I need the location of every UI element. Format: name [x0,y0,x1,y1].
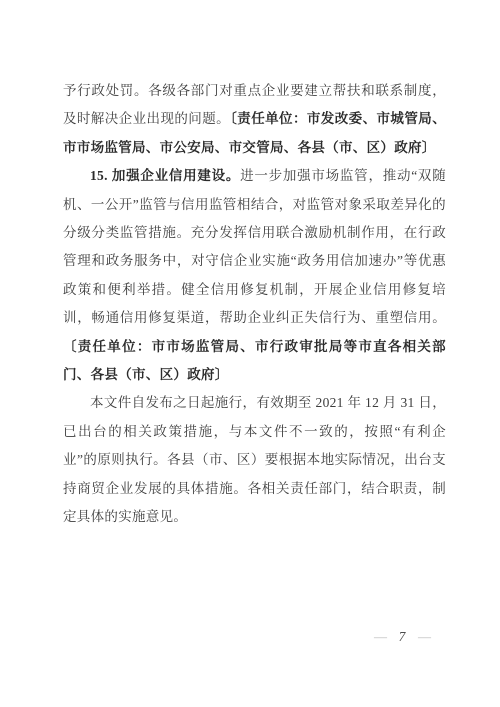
paragraph-effective-date: 本文件自发布之日起施行，有效期至 2021 年 12 月 31 日，已出台的相关… [63,389,446,531]
paragraph-item-15-credit-building: 15. 加强企业信用建设。进一步加强市场监管，推动“双随机、一公开”监管与信用监… [63,162,446,389]
page-number: — 7 — [374,629,430,645]
document-body: 予行政处罚。各级各部门对重点企业要建立帮扶和联系制度，及时解决企业出现的问题。〔… [63,77,446,532]
body-text: 进一步加强市场监管，推动“双随机、一公开”监管与信用监管相结合，对监管对象采取差… [63,168,446,325]
footer-dash-left: — [374,629,386,645]
emphasis-text: 15. 加强企业信用建设。 [90,168,240,183]
emphasis-text: 〔责任单位：市市场监管局、市行政审批局等市直各相关部门、各县（市、区）政府〕 [63,339,446,382]
document-page: 予行政处罚。各级各部门对重点企业要建立帮扶和联系制度，及时解决企业出现的问题。〔… [0,0,500,707]
footer-page-number: 7 [399,629,406,645]
body-text: 本文件自发布之日起施行，有效期至 2021 年 12 月 31 日，已出台的相关… [63,395,446,524]
footer-dash-right: — [418,629,430,645]
paragraph-penalty-continuation: 予行政处罚。各级各部门对重点企业要建立帮扶和联系制度，及时解决企业出现的问题。〔… [63,77,446,162]
